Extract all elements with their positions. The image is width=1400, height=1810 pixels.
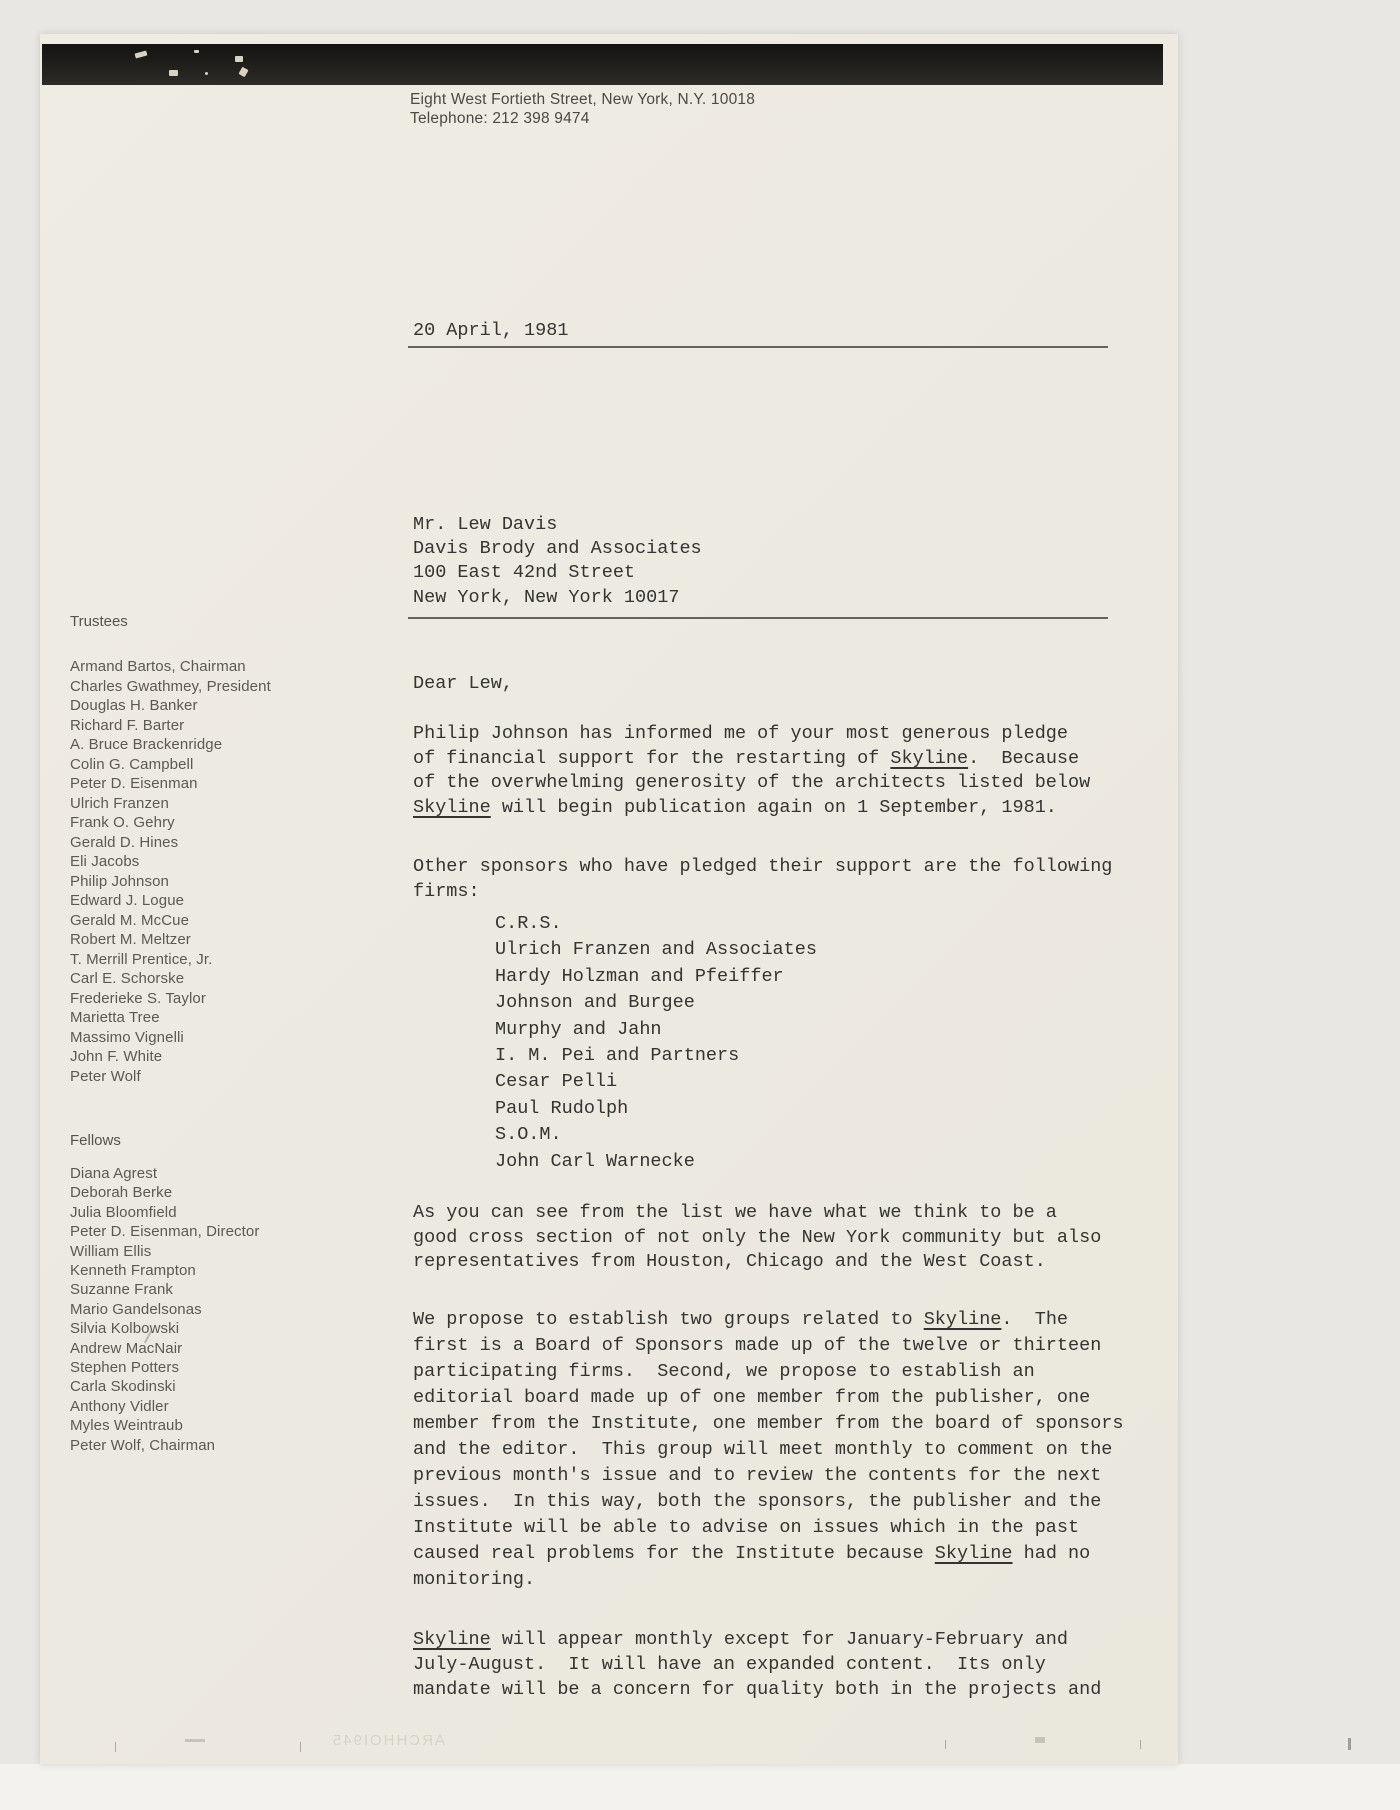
list-item: Armand Bartos, Chairman <box>70 657 271 677</box>
list-item: Cesar Pelli <box>495 1069 817 1095</box>
text-line: previous month's issue and to review the… <box>413 1463 1124 1489</box>
text-line: of the overwhelming generosity of the ar… <box>413 771 1090 796</box>
list-item: I. M. Pei and Partners <box>495 1043 817 1069</box>
text-line: caused real problems for the Institute b… <box>413 1541 1124 1567</box>
list-item: Marietta Tree <box>70 1008 271 1028</box>
list-item: Kenneth Frampton <box>70 1261 259 1280</box>
list-item: Colin G. Campbell <box>70 755 271 775</box>
scan-tick-mark <box>1348 1738 1351 1750</box>
date-rule <box>408 346 1108 348</box>
list-item: Edward J. Logue <box>70 891 271 911</box>
scan-tick-mark <box>1140 1740 1141 1749</box>
text-line: Other sponsors who have pledged their su… <box>413 855 1112 880</box>
trustees-heading: Trustees <box>70 613 128 630</box>
list-item: Myles Weintraub <box>70 1416 259 1435</box>
letterhead-block: Eight West Fortieth Street, New York, N.… <box>410 90 755 128</box>
list-item: Hardy Holzman and Pfeiffer <box>495 964 817 990</box>
body-paragraph-1: Philip Johnson has informed me of your m… <box>413 722 1090 820</box>
text-line: As you can see from the list we have wha… <box>413 1201 1101 1226</box>
text-line: Philip Johnson has informed me of your m… <box>413 722 1090 747</box>
list-item: Andrew MacNair <box>70 1339 259 1358</box>
list-item: Peter Wolf, Chairman <box>70 1436 259 1455</box>
text-line: Skyline will begin publication again on … <box>413 796 1090 821</box>
list-item: Mario Gandelsonas <box>70 1300 259 1319</box>
letterhead-address: Eight West Fortieth Street, New York, N.… <box>410 90 755 109</box>
list-item: Douglas H. Banker <box>70 696 271 716</box>
scan-speckle <box>238 67 248 77</box>
list-item: T. Merrill Prentice, Jr. <box>70 950 271 970</box>
body-paragraph-4: We propose to establish two groups relat… <box>413 1307 1124 1593</box>
scan-tick-mark <box>300 1742 301 1752</box>
scan-speckle <box>135 51 148 59</box>
text-line: and the editor. This group will meet mon… <box>413 1437 1124 1463</box>
salutation: Dear Lew, <box>413 672 513 696</box>
list-item: William Ellis <box>70 1242 259 1261</box>
list-item: Stephen Potters <box>70 1358 259 1377</box>
trustees-list: Armand Bartos, ChairmanCharles Gwathmey,… <box>70 657 271 1086</box>
list-item: C.R.S. <box>495 911 817 937</box>
text-line: July-August. It will have an expanded co… <box>413 1652 1101 1677</box>
text-line: participating firms. Second, we propose … <box>413 1359 1124 1385</box>
recipient-address-block: Mr. Lew DavisDavis Brody and Associates1… <box>413 513 702 610</box>
scan-speckle <box>169 70 178 76</box>
list-item: A. Bruce Brackenridge <box>70 735 271 755</box>
text-line: We propose to establish two groups relat… <box>413 1307 1124 1333</box>
list-item: John Carl Warnecke <box>495 1149 817 1175</box>
text-line: issues. In this way, both the sponsors, … <box>413 1489 1124 1515</box>
list-item: Gerald M. McCue <box>70 911 271 931</box>
list-item: Julia Bloomfield <box>70 1203 259 1222</box>
scan-speckle <box>205 72 208 75</box>
text-line: member from the Institute, one member fr… <box>413 1411 1124 1437</box>
list-item: Massimo Vignelli <box>70 1028 271 1048</box>
list-item: Suzanne Frank <box>70 1280 259 1299</box>
letterhead-telephone: Telephone: 212 398 9474 <box>410 109 755 128</box>
list-item: Ulrich Franzen and Associates <box>495 937 817 963</box>
sponsor-firms-list: C.R.S.Ulrich Franzen and AssociatesHardy… <box>495 911 817 1175</box>
list-item: Davis Brody and Associates <box>413 537 702 561</box>
list-item: Johnson and Burgee <box>495 990 817 1016</box>
list-item: Frank O. Gehry <box>70 813 271 833</box>
scan-tick-mark <box>185 1739 205 1742</box>
body-paragraph-5: Skyline will appear monthly except for J… <box>413 1627 1101 1702</box>
text-line: mandate will be a concern for quality bo… <box>413 1677 1101 1702</box>
list-item: John F. White <box>70 1047 271 1067</box>
list-item: Ulrich Franzen <box>70 794 271 814</box>
list-item: Robert M. Meltzer <box>70 930 271 950</box>
date-line: 20 April, 1981 <box>413 319 568 343</box>
recipient-rule <box>408 617 1108 619</box>
list-item: Anthony Vidler <box>70 1397 259 1416</box>
body-paragraph-3: As you can see from the list we have wha… <box>413 1201 1101 1275</box>
text-line: first is a Board of Sponsors made up of … <box>413 1333 1124 1359</box>
list-item: Gerald D. Hines <box>70 833 271 853</box>
list-item: Peter D. Eisenman, Director <box>70 1222 259 1241</box>
list-item: Peter D. Eisenman <box>70 774 271 794</box>
scan-tick-mark <box>115 1742 116 1752</box>
text-line: representatives from Houston, Chicago an… <box>413 1250 1101 1275</box>
list-item: Murphy and Jahn <box>495 1017 817 1043</box>
fellows-heading: Fellows <box>70 1132 121 1149</box>
scan-tick-mark <box>1035 1737 1045 1743</box>
scan-tick-mark <box>945 1740 946 1749</box>
list-item: Frederieke S. Taylor <box>70 989 271 1009</box>
list-item: Deborah Berke <box>70 1183 259 1202</box>
list-item: Silvia Kolbowski <box>70 1319 259 1338</box>
list-item: New York, New York 10017 <box>413 586 702 610</box>
fellows-list: Diana AgrestDeborah BerkeJulia Bloomfiel… <box>70 1164 259 1455</box>
body-paragraph-2-intro: Other sponsors who have pledged their su… <box>413 855 1112 904</box>
text-line: of financial support for the restarting … <box>413 747 1090 772</box>
list-item: Carla Skodinski <box>70 1377 259 1396</box>
text-line: Skyline will appear monthly except for J… <box>413 1627 1101 1652</box>
list-item: Philip Johnson <box>70 872 271 892</box>
scan-speckle <box>235 56 243 62</box>
scan-background-strip <box>0 1764 1400 1810</box>
scan-speckle <box>194 50 199 53</box>
bleed-through-text: ARCHHOI945 <box>205 1732 445 1749</box>
list-item: Eli Jacobs <box>70 852 271 872</box>
list-item: Diana Agrest <box>70 1164 259 1183</box>
list-item: 100 East 42nd Street <box>413 561 702 585</box>
text-line: good cross section of not only the New Y… <box>413 1226 1101 1251</box>
text-line: firms: <box>413 880 1112 905</box>
list-item: Peter Wolf <box>70 1067 271 1087</box>
list-item: Paul Rudolph <box>495 1096 817 1122</box>
list-item: Richard F. Barter <box>70 716 271 736</box>
text-line: monitoring. <box>413 1567 1124 1593</box>
list-item: Mr. Lew Davis <box>413 513 702 537</box>
letterhead-black-bar <box>42 44 1163 85</box>
list-item: Charles Gwathmey, President <box>70 677 271 697</box>
text-line: editorial board made up of one member fr… <box>413 1385 1124 1411</box>
letter-page: Eight West Fortieth Street, New York, N.… <box>40 34 1178 1764</box>
list-item: Carl E. Schorske <box>70 969 271 989</box>
list-item: S.O.M. <box>495 1122 817 1148</box>
text-line: Institute will be able to advise on issu… <box>413 1515 1124 1541</box>
